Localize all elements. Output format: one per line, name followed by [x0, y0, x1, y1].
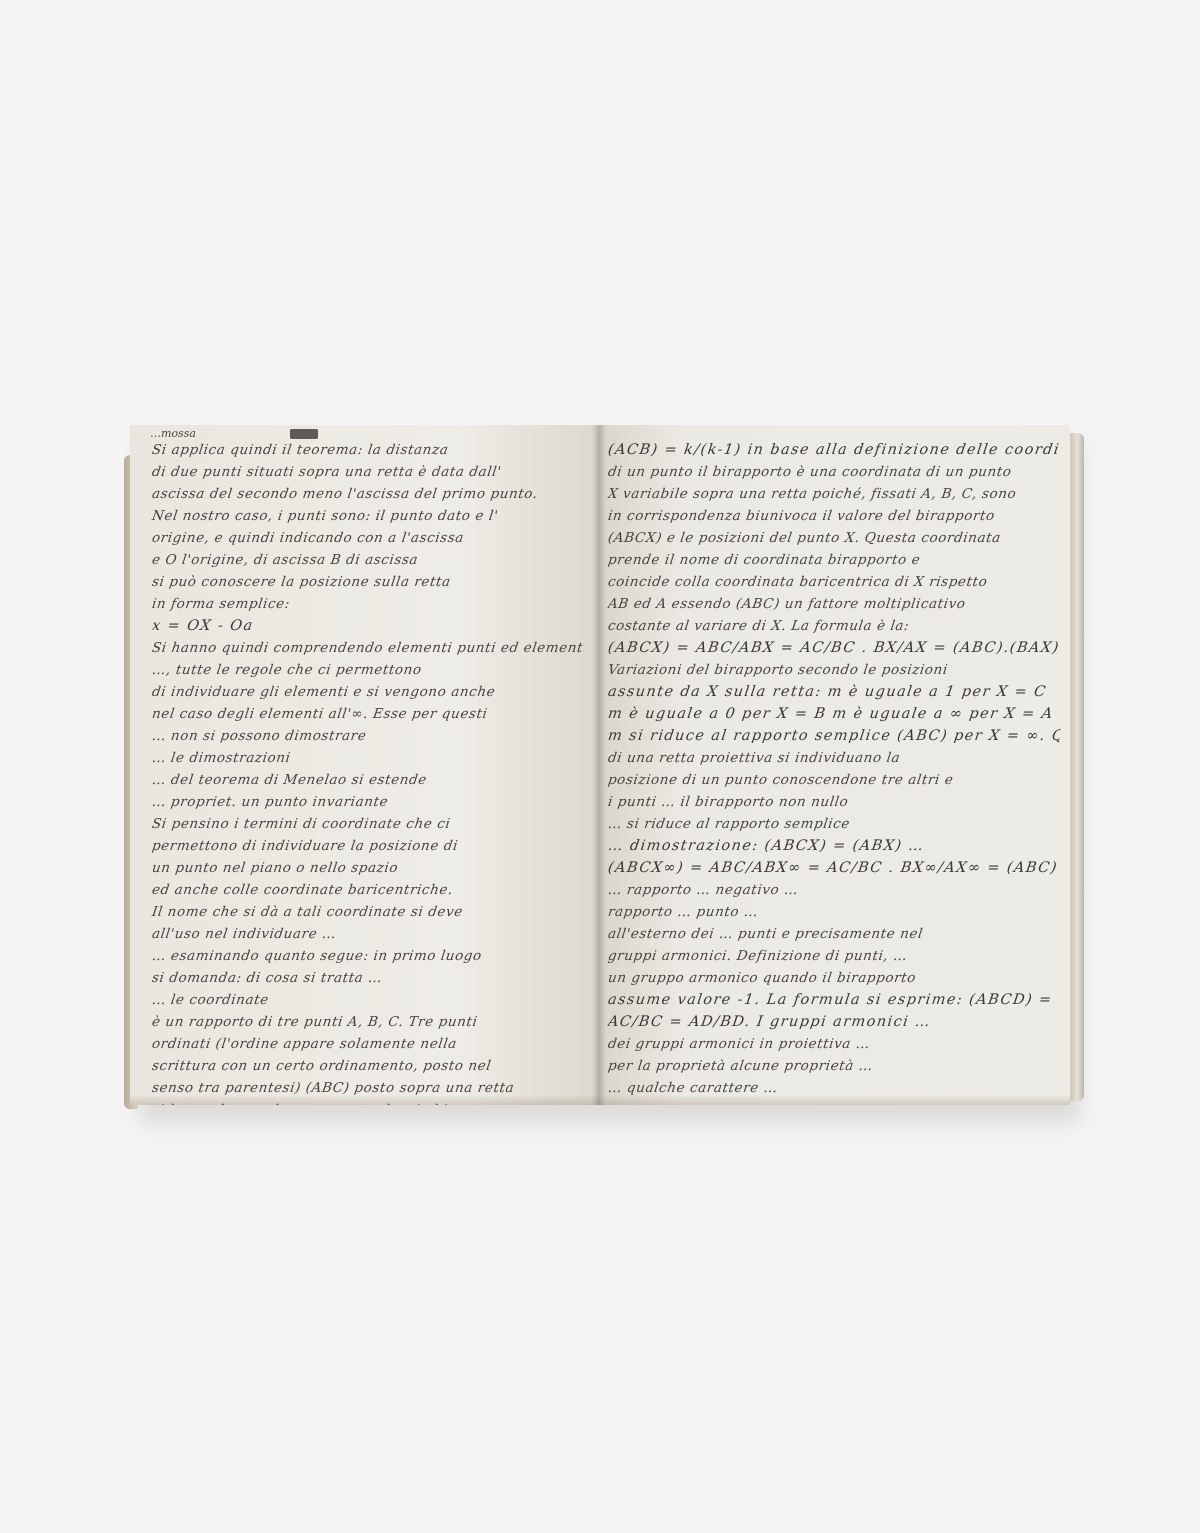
left-page-handwriting: Si applica quindi il teorema: la distanz… [152, 439, 584, 1105]
handwritten-line: rapporto … punto … [606, 901, 1061, 923]
binding-clip [290, 429, 318, 439]
handwritten-line: di due punti situati sopra una retta è d… [150, 461, 585, 483]
handwritten-line: m si riduce al rapporto semplice (ABC) p… [606, 725, 1061, 747]
handwritten-line: …, tutte le regole che ci permettono [150, 659, 585, 681]
handwritten-line: (ACB) = k/(k-1) in base alla definizione… [606, 439, 1061, 461]
handwritten-line: … dimostrazione: (ABCX) = (ABX) … [606, 835, 1061, 857]
handwritten-line: gruppi armonici. Definizione di punti, … [606, 945, 1061, 967]
handwritten-line: (ABCX) = ABC/ABX = AC/BC . BX/AX = (ABC)… [606, 637, 1061, 659]
left-page-edge [130, 1095, 598, 1105]
handwritten-line: ascissa del secondo meno l'ascissa del p… [150, 483, 585, 505]
handwritten-line: Si pensino i termini di coordinate che c… [150, 813, 585, 835]
handwritten-line: assunte da X sulla retta: m è uguale a 1… [606, 681, 1061, 703]
right-page-handwriting: (ACB) = k/(k-1) in base alla definizione… [608, 439, 1060, 1105]
handwritten-line: di un punto il birapporto è una coordina… [606, 461, 1061, 483]
handwritten-line: all'uso nel individuare … [150, 923, 585, 945]
handwritten-line: … non si possono dimostrare [150, 725, 585, 747]
handwritten-line: Il nome che si dà a tali coordinate si d… [150, 901, 585, 923]
handwritten-line: Variazioni del birapporto secondo le pos… [606, 659, 1061, 681]
handwritten-line: di individuare gli elementi e si vengono… [150, 681, 585, 703]
handwritten-line: … rapporto … negativo … [606, 879, 1061, 901]
handwritten-line: un punto nel piano o nello spazio [150, 857, 585, 879]
handwritten-line: coincide colla coordinata baricentrica d… [606, 571, 1061, 593]
right-page-edge [598, 1095, 1070, 1105]
handwritten-line: (ABCX) e le posizioni del punto X. Quest… [606, 527, 1061, 549]
handwritten-line: Si hanno quindi comprendendo elementi pu… [150, 637, 585, 659]
notebook-gutter [592, 425, 606, 1105]
handwritten-line: … esaminando quanto segue: in primo luog… [150, 945, 585, 967]
handwritten-line: … si riduce al rapporto semplice [606, 813, 1061, 835]
handwritten-line: prende il nome di coordinata birapporto … [606, 549, 1061, 571]
handwritten-line: in forma semplice: [150, 593, 585, 615]
handwritten-line: … le coordinate [150, 989, 585, 1011]
handwritten-line: scrittura con un certo ordinamento, post… [150, 1055, 585, 1077]
handwritten-line: all'esterno dei … punti e precisamente n… [606, 923, 1061, 945]
handwritten-line: AB ed A essendo (ABC) un fattore moltipl… [606, 593, 1061, 615]
handwritten-line: posizione di un punto conoscendone tre a… [606, 769, 1061, 791]
handwritten-line: si può conoscere la posizione sulla rett… [150, 571, 585, 593]
handwritten-line: nel caso degli elementi all'∞. Esse per … [150, 703, 585, 725]
handwritten-line: dei gruppi armonici in proiettiva … [606, 1033, 1061, 1055]
handwritten-line: assume valore -1. La formula si esprime:… [606, 989, 1061, 1011]
handwritten-line: X variabile sopra una retta poiché, fiss… [606, 483, 1061, 505]
handwritten-line: Nel nostro caso, i punti sono: il punto … [150, 505, 585, 527]
handwritten-line: costante al variare di X. La formula è l… [606, 615, 1061, 637]
handwritten-line: e O l'origine, di ascissa B di ascissa [150, 549, 585, 571]
handwritten-line: origine, e quindi indicando con a l'asci… [150, 527, 585, 549]
handwritten-line: … del teorema di Menelao si estende [150, 769, 585, 791]
handwritten-line: in corrispondenza biunivoca il valore de… [606, 505, 1061, 527]
handwritten-line: si domanda: di cosa si tratta … [150, 967, 585, 989]
right-page: (ACB) = k/(k-1) in base alla definizione… [598, 425, 1070, 1105]
handwritten-line: di una retta proiettiva si individuano l… [606, 747, 1061, 769]
handwritten-line: AC/BC = AD/BD. I gruppi armonici … [606, 1011, 1061, 1033]
handwritten-line: ordinati (l'ordine appare solamente nell… [150, 1033, 585, 1055]
handwritten-line: x = OX - Oa [150, 615, 585, 637]
handwritten-line: i punti … il birapporto non nullo [606, 791, 1061, 813]
handwritten-line: è un rapporto di tre punti A, B, C. Tre … [150, 1011, 585, 1033]
handwritten-line: m è uguale a 0 per X = B m è uguale a ∞ … [606, 703, 1061, 725]
open-notebook: …mossa Si applica quindi il teorema: la … [130, 425, 1070, 1105]
handwritten-line: un gruppo armonico quando il birapporto [606, 967, 1061, 989]
handwritten-line: (ABCX∞) = ABC/ABX∞ = AC/BC . BX∞/AX∞ = (… [606, 857, 1061, 879]
handwritten-line: … le dimostrazioni [150, 747, 585, 769]
handwritten-line: ed anche colle coordinate baricentriche. [150, 879, 585, 901]
handwritten-line: per la proprietà alcune proprietà … [606, 1055, 1061, 1077]
handwritten-line: … propriet. un punto invariante [150, 791, 585, 813]
handwritten-line: permettono di individuare la posizione d… [150, 835, 585, 857]
handwritten-line: Si applica quindi il teorema: la distanz… [150, 439, 585, 461]
left-page: …mossa Si applica quindi il teorema: la … [130, 425, 598, 1105]
